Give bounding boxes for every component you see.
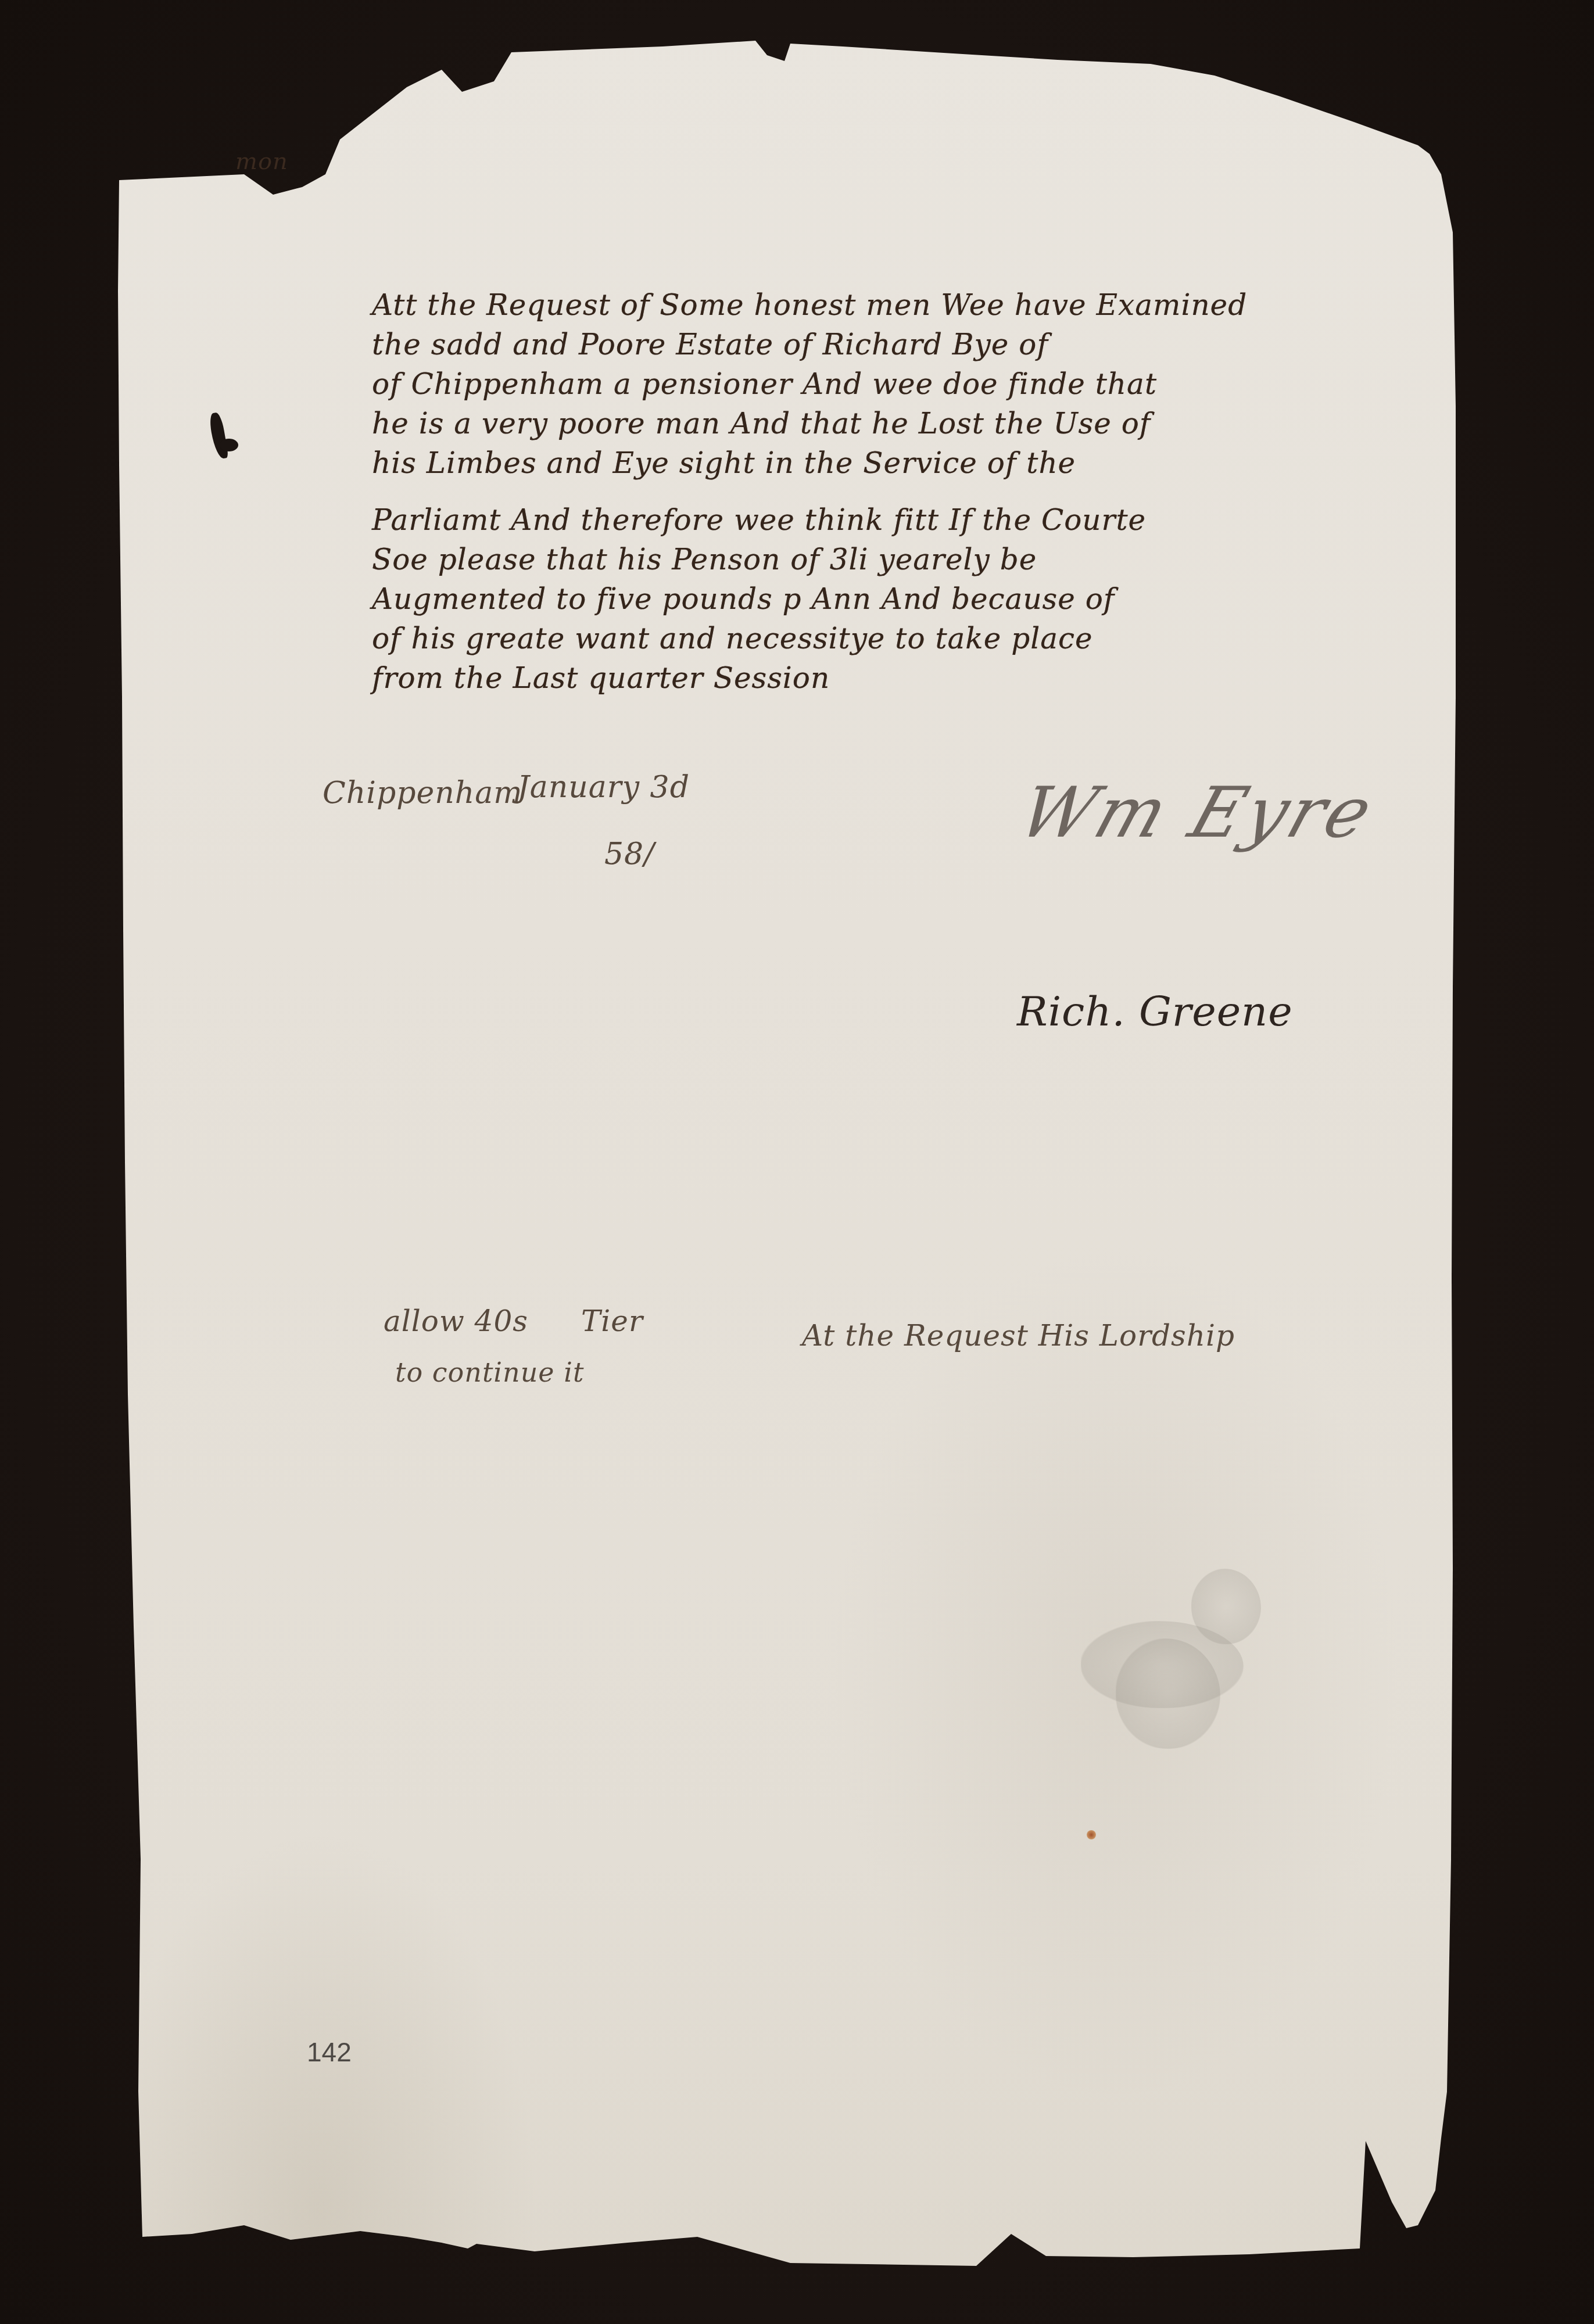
margin-fragment: mon: [235, 148, 288, 175]
body-line: Augmented to five pounds p Ann And becau…: [372, 582, 1115, 616]
body-line: Parliamt And therefore wee think fitt If…: [372, 503, 1146, 537]
document-viewer: mon Att the Request of Some honest men W…: [0, 0, 1594, 2324]
endorsement-tier: Tier: [581, 1304, 643, 1338]
signature-eyre: Wm Eyre: [1009, 773, 1385, 853]
body-line: of Chippenham a pensioner And wee doe fi…: [372, 367, 1157, 401]
body-line: the sadd and Poore Estate of Richard Bye…: [372, 327, 1048, 362]
body-line: of his greate want and necessitye to tak…: [372, 621, 1093, 656]
paper-hole: [220, 439, 238, 451]
body-line: his Limbes and Eye sight in the Service …: [372, 446, 1076, 480]
water-stain: [1191, 1569, 1261, 1644]
endorsement-continue: to continue it: [395, 1357, 584, 1388]
dateline-place: Chippenham: [323, 776, 523, 810]
endorsement-allow: allow 40s: [384, 1304, 528, 1338]
rust-spot: [1087, 1830, 1096, 1839]
body-line: Soe please that his Penson of 3li yearel…: [372, 542, 1037, 577]
body-line: Att the Request of Some honest men Wee h…: [372, 288, 1247, 322]
signature-greene: Rich. Greene: [1017, 988, 1293, 1035]
dateline-date: January 3d: [517, 770, 690, 805]
body-line: he is a very poore man And that he Lost …: [372, 406, 1151, 441]
dateline-year: 58/: [604, 837, 655, 871]
endorsement-request: At the Request His Lordship: [802, 1319, 1235, 1353]
body-line: from the Last quarter Session: [372, 661, 830, 695]
folio-number: 142: [307, 2036, 352, 2068]
